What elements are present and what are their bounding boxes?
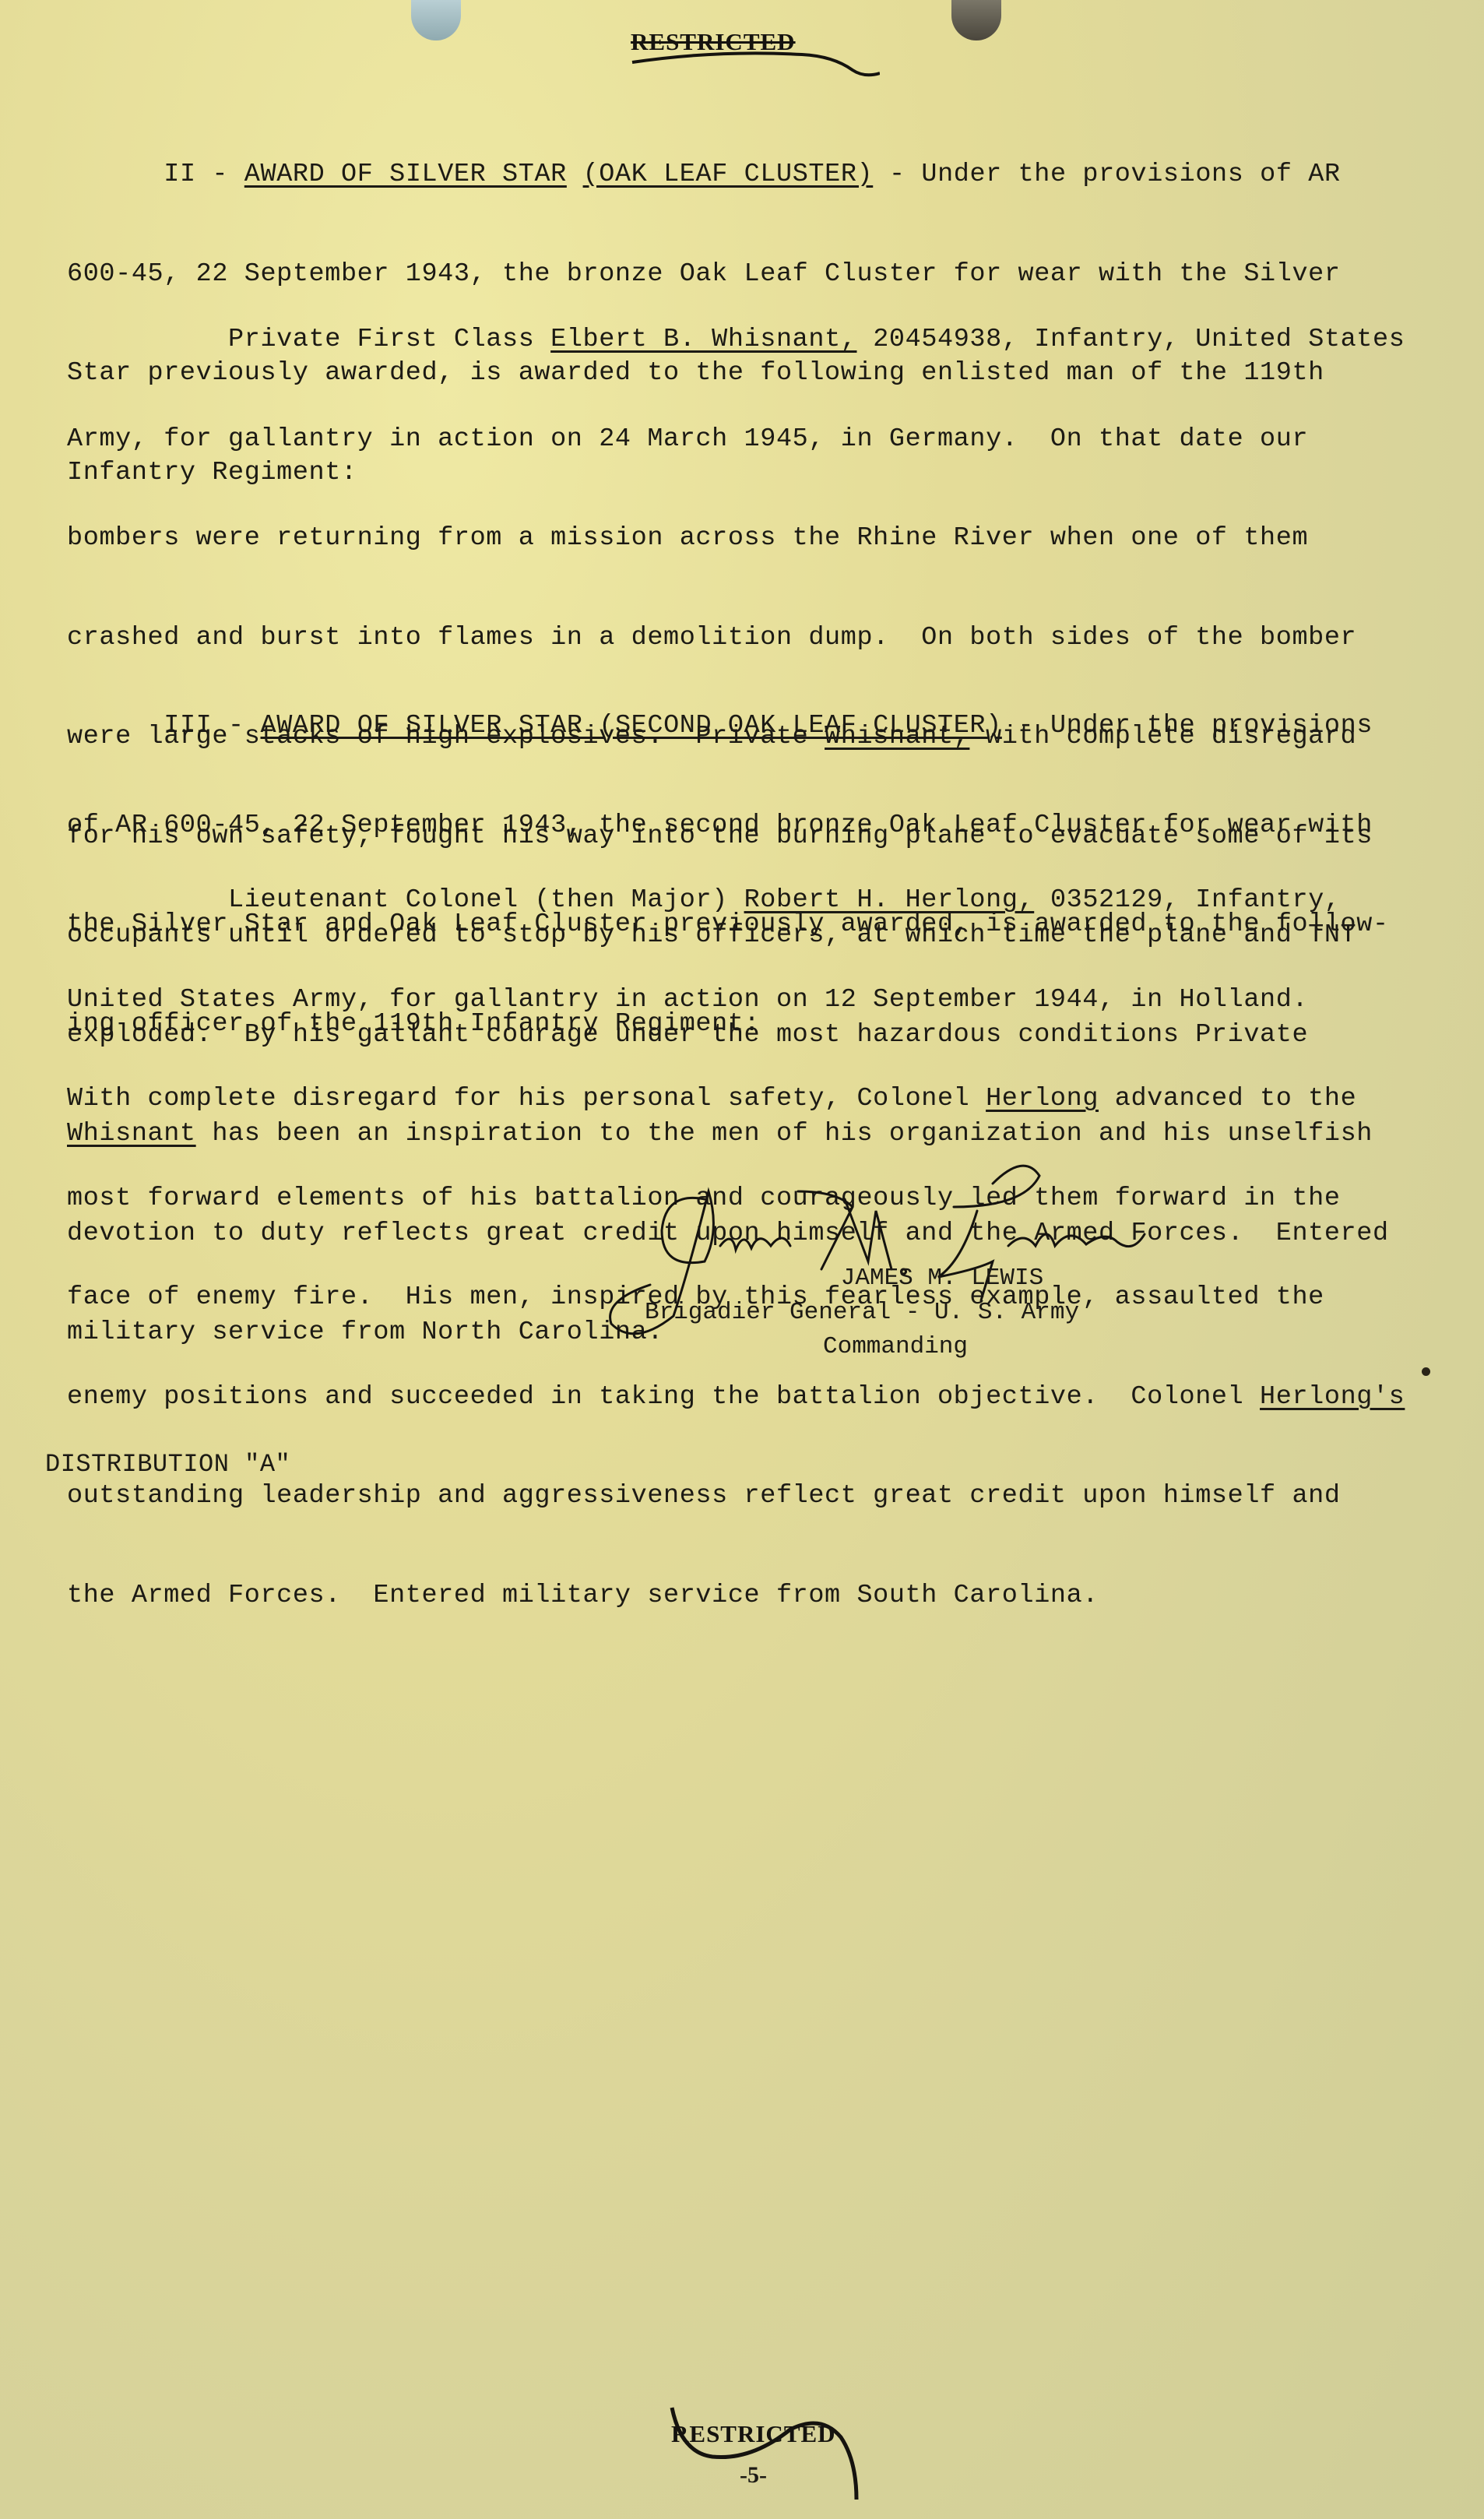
- signer-role: Commanding: [592, 1330, 1199, 1364]
- recipient-name: Elbert B. Whisnant,: [550, 325, 856, 354]
- strike-through-mark-top: [623, 39, 880, 86]
- distribution-line: DISTRIBUTION "A": [45, 1450, 290, 1479]
- text-line: outstanding leadership and aggressivenes…: [67, 1479, 1422, 1513]
- text-line: the Armed Forces. Entered military servi…: [67, 1579, 1422, 1613]
- text-line: Army, for gallantry in action on 24 Marc…: [67, 423, 1422, 456]
- recipient-name-ref: Herlong's: [1260, 1382, 1405, 1412]
- page-number: -5-: [740, 2462, 767, 2489]
- section-iii-heading-line: III - AWARD OF SILVER STAR (SECOND OAK L…: [67, 709, 1422, 743]
- text-line: United States Army, for gallantry in act…: [67, 983, 1422, 1017]
- section-ii-heading-line: II - AWARD OF SILVER STAR (OAK LEAF CLUS…: [67, 158, 1422, 192]
- text-line: enemy positions and succeeded in taking …: [67, 1381, 1422, 1414]
- section-number: II -: [164, 160, 228, 189]
- paper-speck: [1422, 1367, 1430, 1376]
- punch-hole-left: [411, 0, 461, 40]
- text-line: With complete disregard for his personal…: [67, 1082, 1422, 1116]
- section-number: III -: [164, 711, 244, 741]
- text-line: bombers were returning from a mission ac…: [67, 522, 1422, 555]
- signer-title: Brigadier General - U. S. Army: [645, 1296, 1199, 1330]
- document-page: RESTRICTED II - AWARD OF SILVER STAR (OA…: [0, 0, 1484, 2519]
- recipient-name-ref: Herlong: [986, 1084, 1099, 1113]
- recipient-name: Robert H. Herlong,: [744, 885, 1035, 915]
- citation-opening-line: Lieutenant Colonel (then Major) Robert H…: [67, 884, 1422, 917]
- citation-opening-line: Private First Class Elbert B. Whisnant, …: [67, 323, 1422, 357]
- section-title-cluster: (OAK LEAF CLUSTER): [583, 160, 874, 189]
- section-title: AWARD OF SILVER STAR (SECOND OAK LEAF CL…: [260, 711, 1001, 741]
- signature-block: JAMES M. LEWIS Brigadier General - U. S.…: [654, 1261, 1199, 1364]
- punch-hole-right: [951, 0, 1001, 40]
- signer-name: JAMES M. LEWIS: [685, 1261, 1199, 1296]
- section-title: AWARD OF SILVER STAR: [244, 160, 567, 189]
- strike-through-mark-bottom: [666, 2398, 868, 2515]
